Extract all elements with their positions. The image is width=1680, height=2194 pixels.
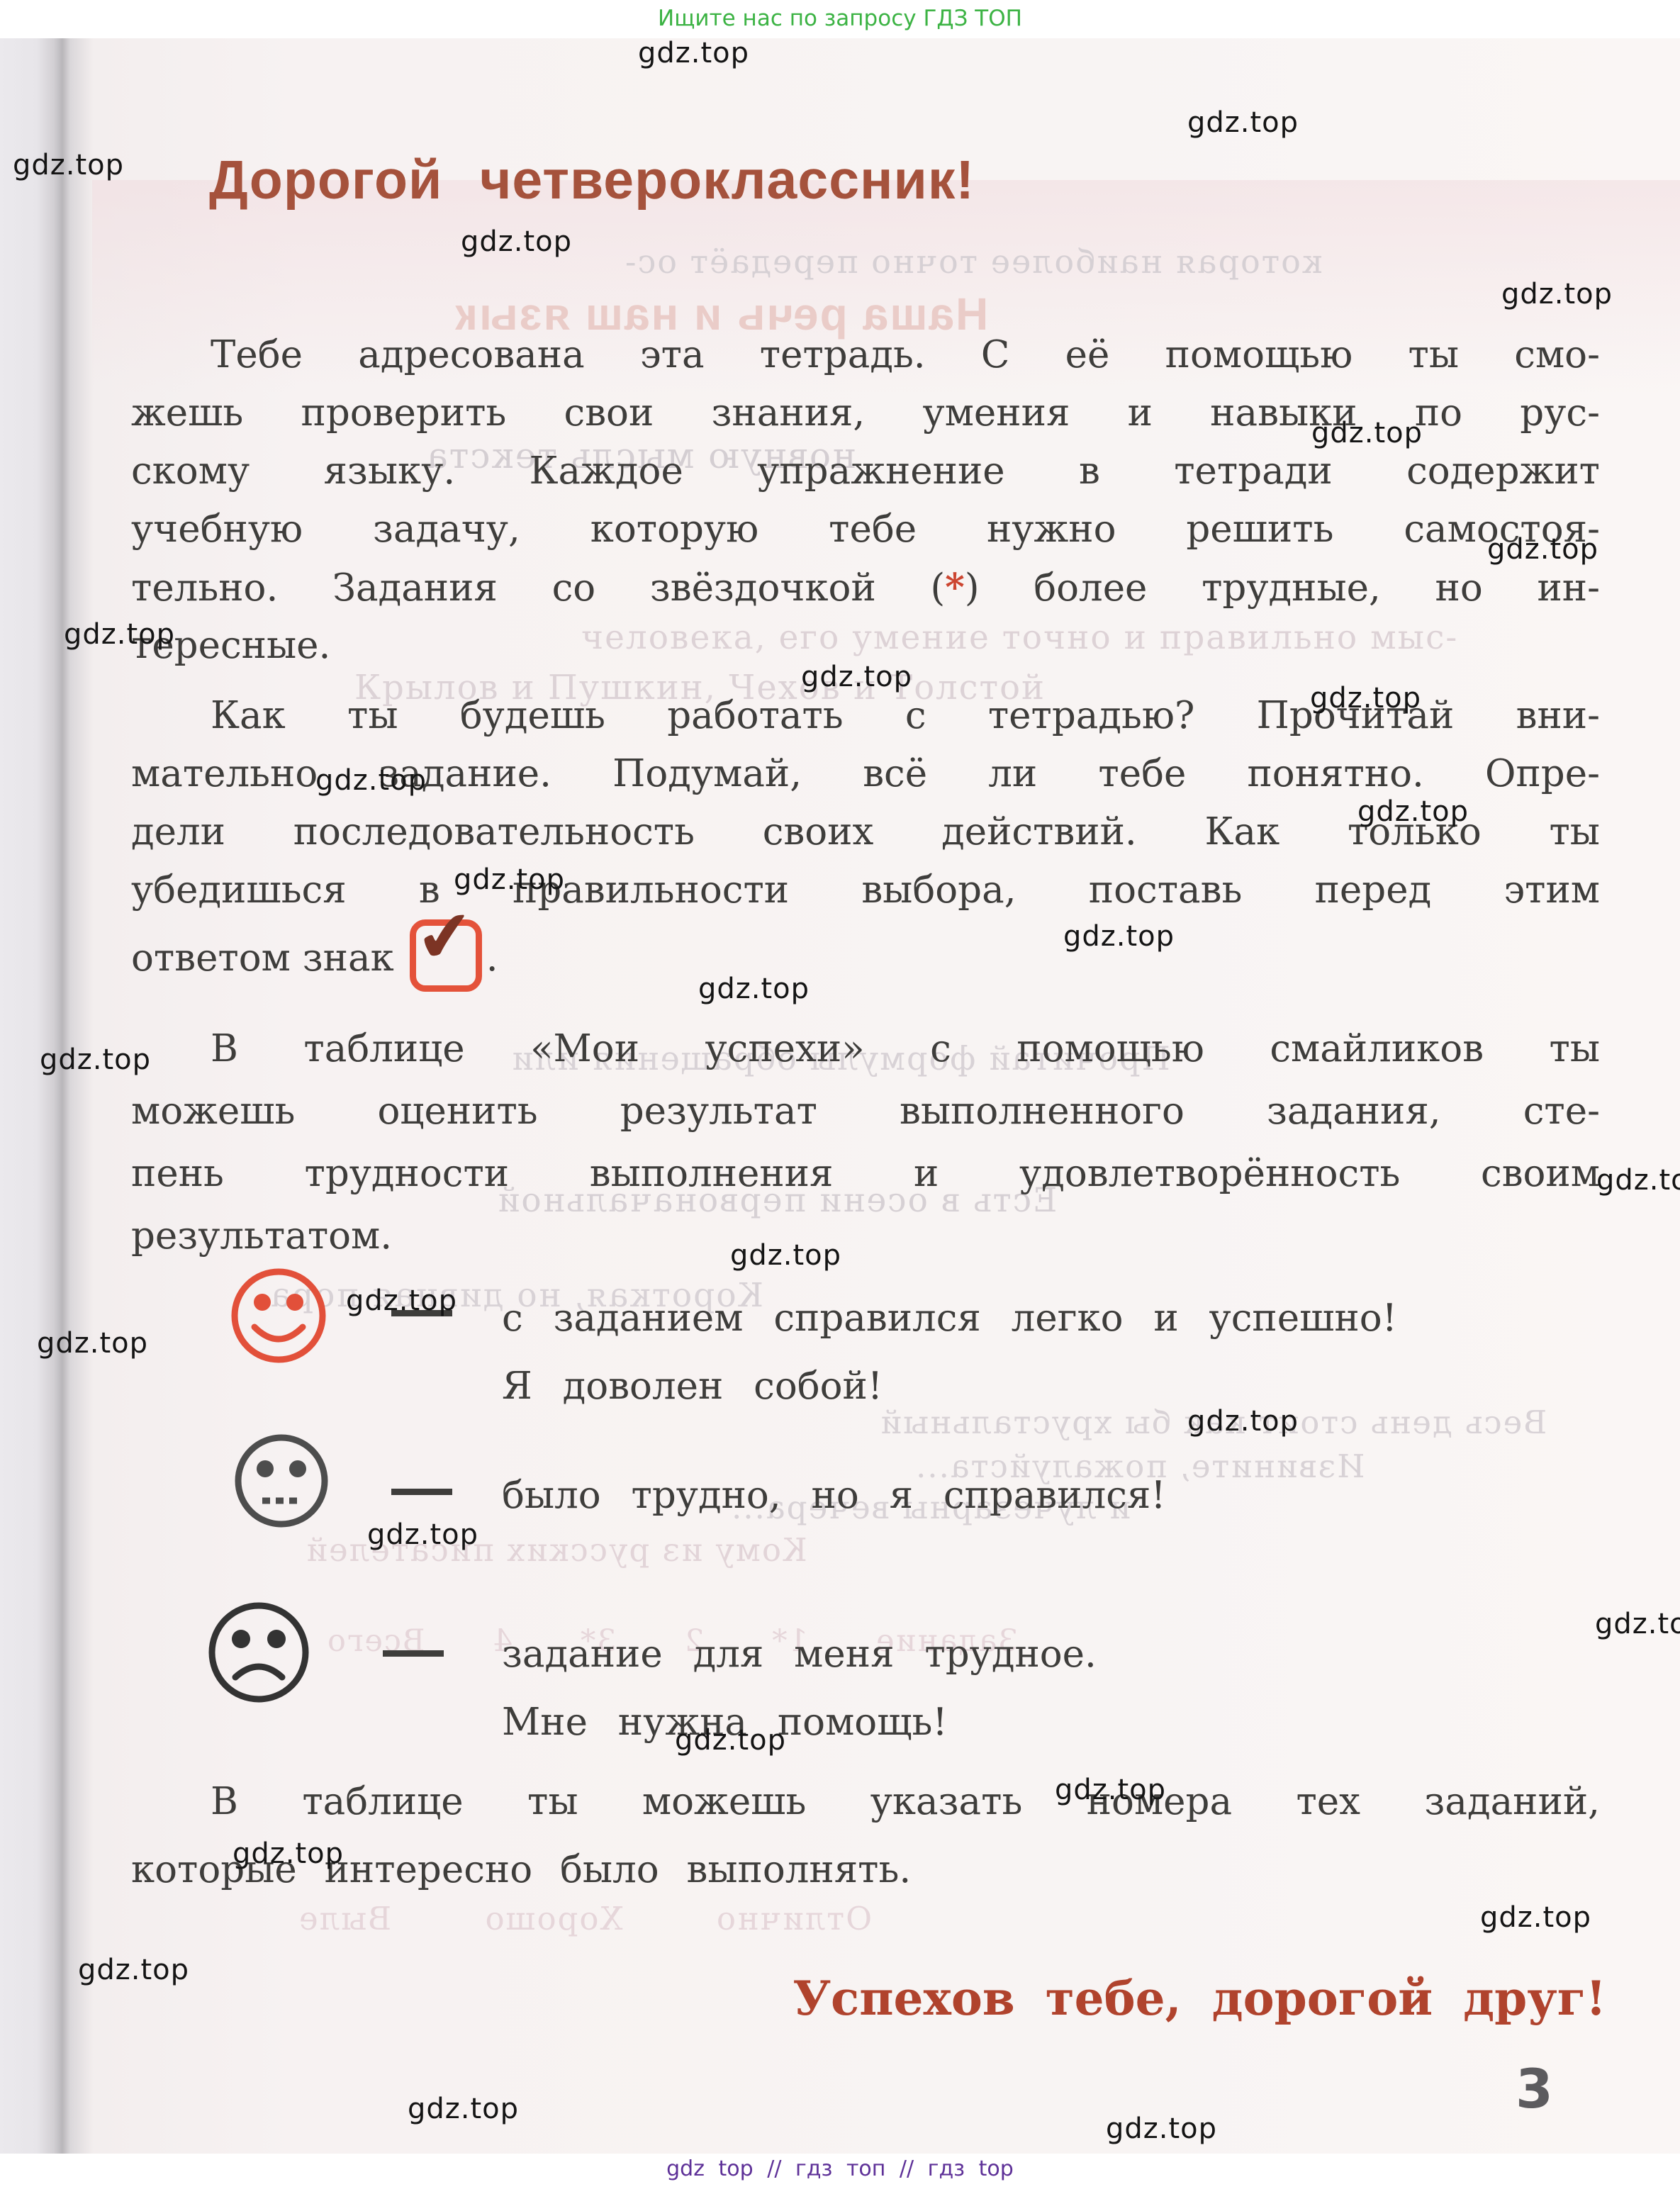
page-number: 3 <box>1516 2057 1553 2120</box>
watermark: gdz.top <box>13 149 124 181</box>
neutral-smiley-icon <box>233 1432 330 1530</box>
watermark: gdz.top <box>78 1954 189 1986</box>
scanned-workbook-page: { "banner": { "promo": "Ищите нас по зап… <box>0 0 1680 2194</box>
happy-smiley-caption: с заданием справился легко и успешно! Я … <box>502 1285 1397 1421</box>
watermark: gdz.top <box>64 618 175 651</box>
watermark: gdz.top <box>1311 417 1423 449</box>
watermark: gdz.top <box>1063 920 1175 953</box>
watermark: gdz.top <box>367 1518 478 1551</box>
text-line: можешь оценить результат выполненного за… <box>131 1080 1600 1143</box>
text-segment: тельно. Задания со звёздочкой ( <box>131 566 945 610</box>
text-line: Мне нужна помощь! <box>502 1689 1097 1757</box>
watermark: gdz.top <box>1310 682 1421 715</box>
neutral-smiley-caption: было трудно, но я справился! <box>502 1462 1166 1530</box>
dash <box>383 1650 444 1657</box>
text-line: с заданием справился легко и успешно! <box>502 1285 1397 1353</box>
watermark: gdz.top <box>1596 1164 1680 1197</box>
watermark: gdz.top <box>1357 795 1469 828</box>
watermark: gdz.top <box>315 764 427 797</box>
watermark: gdz.top <box>698 973 810 1005</box>
watermark: gdz.top <box>408 2093 519 2125</box>
text-line: В таблице ты можешь указать номера тех з… <box>131 1768 1600 1836</box>
sad-smiley-caption: задание для меня трудное. Мне нужна помо… <box>502 1621 1097 1757</box>
watermark: gdz.top <box>40 1043 151 1076</box>
text-line: скому языку. Каждое упражнение в тетради… <box>131 442 1600 500</box>
watermark: gdz.top <box>730 1239 841 1272</box>
text-line: ответом знак✔. <box>131 919 1600 978</box>
watermark: gdz.top <box>1487 533 1598 566</box>
text-line: тельно. Задания со звёздочкой (*) более … <box>131 559 1600 617</box>
text-line: В таблице «Мои успехи» с помощью смайлик… <box>131 1018 1600 1080</box>
bleedthrough-text: которая наиболее точно передаёт ос- <box>624 242 1323 281</box>
text-line: Тебе адресована эта тетрадь. С её помощь… <box>131 326 1600 384</box>
watermark: gdz.top <box>1480 1901 1591 1934</box>
watermark: gdz.top <box>1187 106 1299 139</box>
text-segment: ответом знак <box>131 936 394 980</box>
watermark: gdz.top <box>801 661 912 693</box>
happy-smiley-icon <box>229 1266 328 1365</box>
text-segment: ) более трудные, но ин- <box>965 566 1600 610</box>
text-line: учебную задачу, которую тебе нужно решит… <box>131 500 1600 559</box>
watermark: gdz.top <box>638 37 749 69</box>
watermark: gdz.top <box>1106 2112 1217 2145</box>
text-line: было трудно, но я справился! <box>502 1462 1166 1530</box>
text-segment: . <box>486 936 498 980</box>
text-line: убедишься в правильности выбора, поставь… <box>131 861 1600 919</box>
watermark: gdz.top <box>233 1837 344 1870</box>
watermark: gdz.top <box>346 1285 457 1317</box>
watermark: gdz.top <box>1595 1608 1680 1640</box>
farewell-text: Успехов тебе, дорогой друг! <box>793 1971 1607 2026</box>
bleedthrough-text: Отлично Хорошо Выле <box>298 1900 872 1937</box>
intro-paragraph: Тебе адресована эта тетрадь. С её помощь… <box>131 326 1600 675</box>
dash <box>391 1489 452 1495</box>
red-asterisk: * <box>945 566 965 610</box>
footer-watermark: gdz top // гдз топ // гдз top <box>0 2156 1680 2181</box>
smiley-table-paragraph: В таблице «Мои успехи» с помощью смайлик… <box>131 1018 1600 1267</box>
checkmark-icon: ✔ <box>413 899 478 975</box>
text-line: которые интересно было выполнять. <box>131 1836 1600 1904</box>
watermark: gdz.top <box>1501 278 1613 310</box>
promo-banner: Ищите нас по запросу ГДЗ ТОП <box>0 6 1680 31</box>
text-line: задание для меня трудное. <box>502 1621 1097 1689</box>
watermark: gdz.top <box>1055 1774 1166 1806</box>
checkmark-box-icon: ✔ <box>410 919 482 992</box>
watermark: gdz.top <box>675 1724 786 1757</box>
final-paragraph: В таблице ты можешь указать номера тех з… <box>131 1768 1600 1904</box>
howto-paragraph: Как ты будешь работать с тетрадью? Прочи… <box>131 687 1600 978</box>
watermark: gdz.top <box>1187 1405 1299 1438</box>
text-line: пень трудности выполнения и удовлетворён… <box>131 1143 1600 1205</box>
watermark: gdz.top <box>454 863 565 896</box>
text-line: результатом. <box>131 1205 1600 1267</box>
watermark: gdz.top <box>461 225 572 258</box>
page-title: Дорогой четвероклассник! <box>209 149 975 212</box>
sad-smiley-icon <box>206 1599 312 1706</box>
watermark: gdz.top <box>37 1327 148 1360</box>
